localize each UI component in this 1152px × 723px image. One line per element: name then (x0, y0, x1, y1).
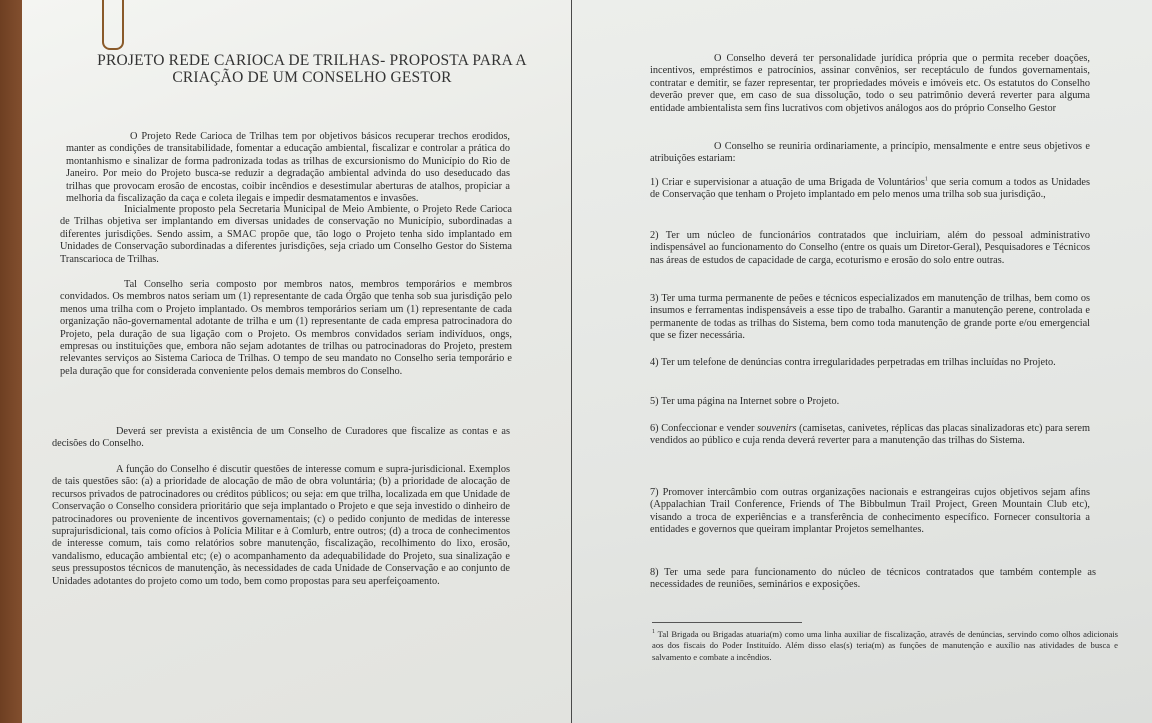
list-item-5: 5) Ter uma página na Internet sobre o Pr… (650, 396, 1090, 408)
list-item-3: 3) Ter uma turma permanente de peões e t… (650, 293, 1090, 343)
list-item-1: 1) Criar e supervisionar a atuação de um… (650, 177, 1090, 202)
list-item-2: 2) Ter um núcleo de funcionários contrat… (650, 230, 1090, 267)
paragraph-objectives: O Projeto Rede Carioca de Trilhas tem po… (66, 131, 510, 205)
paragraph-legal-personality: O Conselho deverá ter personalidade jurí… (650, 53, 1090, 115)
title-line-2: CRIAÇÃO DE UM CONSELHO GESTOR (92, 69, 532, 86)
list-item-4: 4) Ter um telefone de denúncias contra i… (650, 357, 1090, 369)
paragraph-curators: Deverá ser prevista a existência de um C… (52, 426, 510, 451)
paragraph-initial-proposal: Inicialmente proposto pela Secretaria Mu… (60, 204, 512, 266)
paragraph-meetings: O Conselho se reuniria ordinariamente, a… (650, 141, 1090, 166)
document-title: PROJETO REDE CARIOCA DE TRILHAS- PROPOST… (92, 52, 532, 86)
list-item-6: 6) Confeccionar e vender souvenirs (cami… (650, 423, 1090, 448)
list-item-7: 7) Promover intercâmbio com outras organ… (650, 487, 1090, 537)
list-item-8: 8) Ter uma sede para funcionamento do nú… (650, 567, 1096, 592)
title-line-1: PROJETO REDE CARIOCA DE TRILHAS- PROPOST… (92, 52, 532, 69)
footnote: 1 Tal Brigada ou Brigadas atuaria(m) com… (652, 629, 1118, 663)
staple-icon (102, 0, 124, 50)
paragraph-function: A função do Conselho é discutir questões… (52, 464, 510, 588)
footnote-divider (652, 622, 802, 623)
paragraph-composition: Tal Conselho seria composto por membros … (60, 279, 512, 378)
